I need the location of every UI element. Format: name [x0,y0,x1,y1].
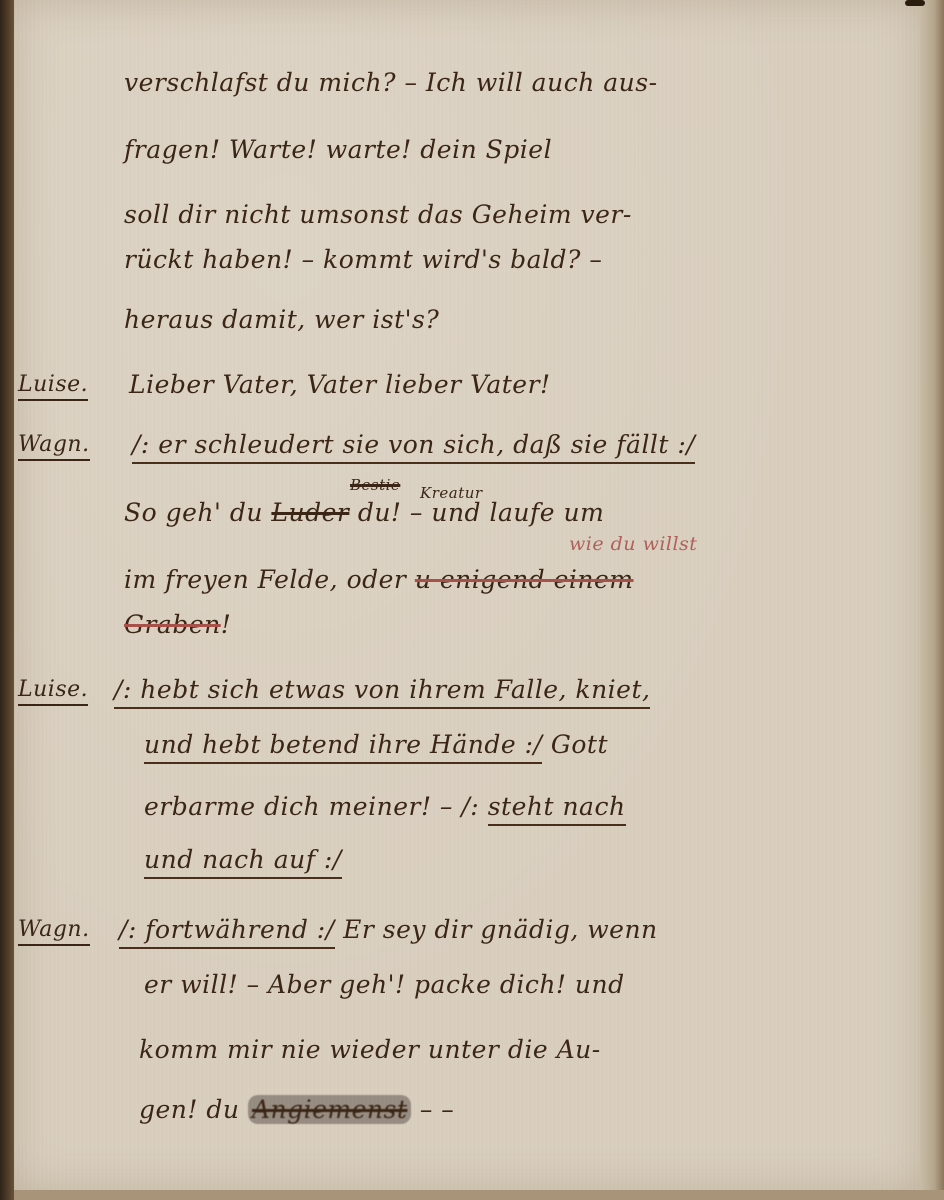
line-text: rückt haben! – kommt wird's bald? – [124,245,602,274]
line-text: und hebt betend ihre Hände :/ Gott [144,730,608,759]
line-text: Lieber Vater, Vater lieber Vater! [129,370,551,399]
manuscript-line-18: gen! du Angiemenst – – [14,1085,920,1145]
manuscript-line-10: Graben! [14,600,920,660]
manuscript-line-5: heraus damit, wer ist's? [14,295,920,355]
speaker-label: Wagn. [18,917,90,946]
line-text: /: fortwährend :/ Er sey dir gnädig, wen… [119,915,658,944]
book-spine [0,0,14,1200]
manuscript-line-4: rückt haben! – kommt wird's bald? – [14,235,920,295]
manuscript-line-8: Bestie Kreatur So geh' du Luder du! – un… [14,488,920,548]
line-text: verschlafst du mich? – Ich will auch aus… [124,68,658,97]
line-text: komm mir nie wieder unter die Au- [139,1035,601,1064]
manuscript-line-7: Wagn. /: er schleudert sie von sich, daß… [14,420,920,480]
red-struck-word: Graben [124,610,221,639]
page-edge [920,0,944,1200]
speaker-label: Wagn. [18,432,90,461]
line-text: So geh' du Luder du! – und laufe um [124,498,604,527]
line-text: gen! du Angiemenst – – [139,1095,454,1124]
manuscript-line-14: und nach auf :/ [14,835,920,895]
line-text: im freyen Felde, oder u enigend einem [124,565,634,594]
line-text: heraus damit, wer ist's? [124,305,439,334]
struck-word: Luder [271,498,349,527]
page-bottom-edge [14,1190,944,1200]
line-text: er will! – Aber geh'! packe dich! und [144,970,625,999]
stage-direction: /: er schleudert sie von sich, daß sie f… [132,430,695,464]
stage-direction: steht nach [488,792,626,826]
manuscript-line-1: verschlafst du mich? – Ich will auch aus… [14,58,920,118]
manuscript-line-11: Luise. /: hebt sich etwas von ihrem Fall… [14,665,920,725]
red-struck-phrase: u enigend einem [415,565,634,594]
manuscript-line-17: komm mir nie wieder unter die Au- [14,1025,920,1085]
line-text: fragen! Warte! warte! dein Spiel [124,135,552,164]
stage-direction: und nach auf :/ [144,845,342,879]
stage-direction: und hebt betend ihre Hände :/ [144,730,542,764]
manuscript-page: verschlafst du mich? – Ich will auch aus… [14,0,920,1190]
line-text: erbarme dich meiner! – /: steht nach [144,792,626,821]
manuscript-line-13: erbarme dich meiner! – /: steht nach [14,782,920,842]
ink-mark [905,0,925,6]
stage-direction: /: hebt sich etwas von ihrem Falle, knie… [114,675,650,709]
line-text: soll dir nicht umsonst das Geheim ver- [124,200,632,229]
manuscript-line-16: er will! – Aber geh'! packe dich! und [14,960,920,1020]
speaker-label: Luise. [18,372,88,401]
manuscript-line-15: Wagn. /: fortwährend :/ Er sey dir gnädi… [14,905,920,965]
line-text: Graben! [124,610,231,639]
manuscript-line-12: und hebt betend ihre Hände :/ Gott [14,720,920,780]
stage-direction: /: fortwährend :/ [119,915,335,949]
smudged-word: Angiemenst [248,1095,411,1124]
speaker-label: Luise. [18,677,88,706]
interlinear-correction: Bestie [350,476,400,494]
manuscript-line-6: Luise. Lieber Vater, Vater lieber Vater! [14,360,920,420]
manuscript-line-2: fragen! Warte! warte! dein Spiel [14,125,920,185]
red-ink-insert: wie du willst [569,533,697,555]
